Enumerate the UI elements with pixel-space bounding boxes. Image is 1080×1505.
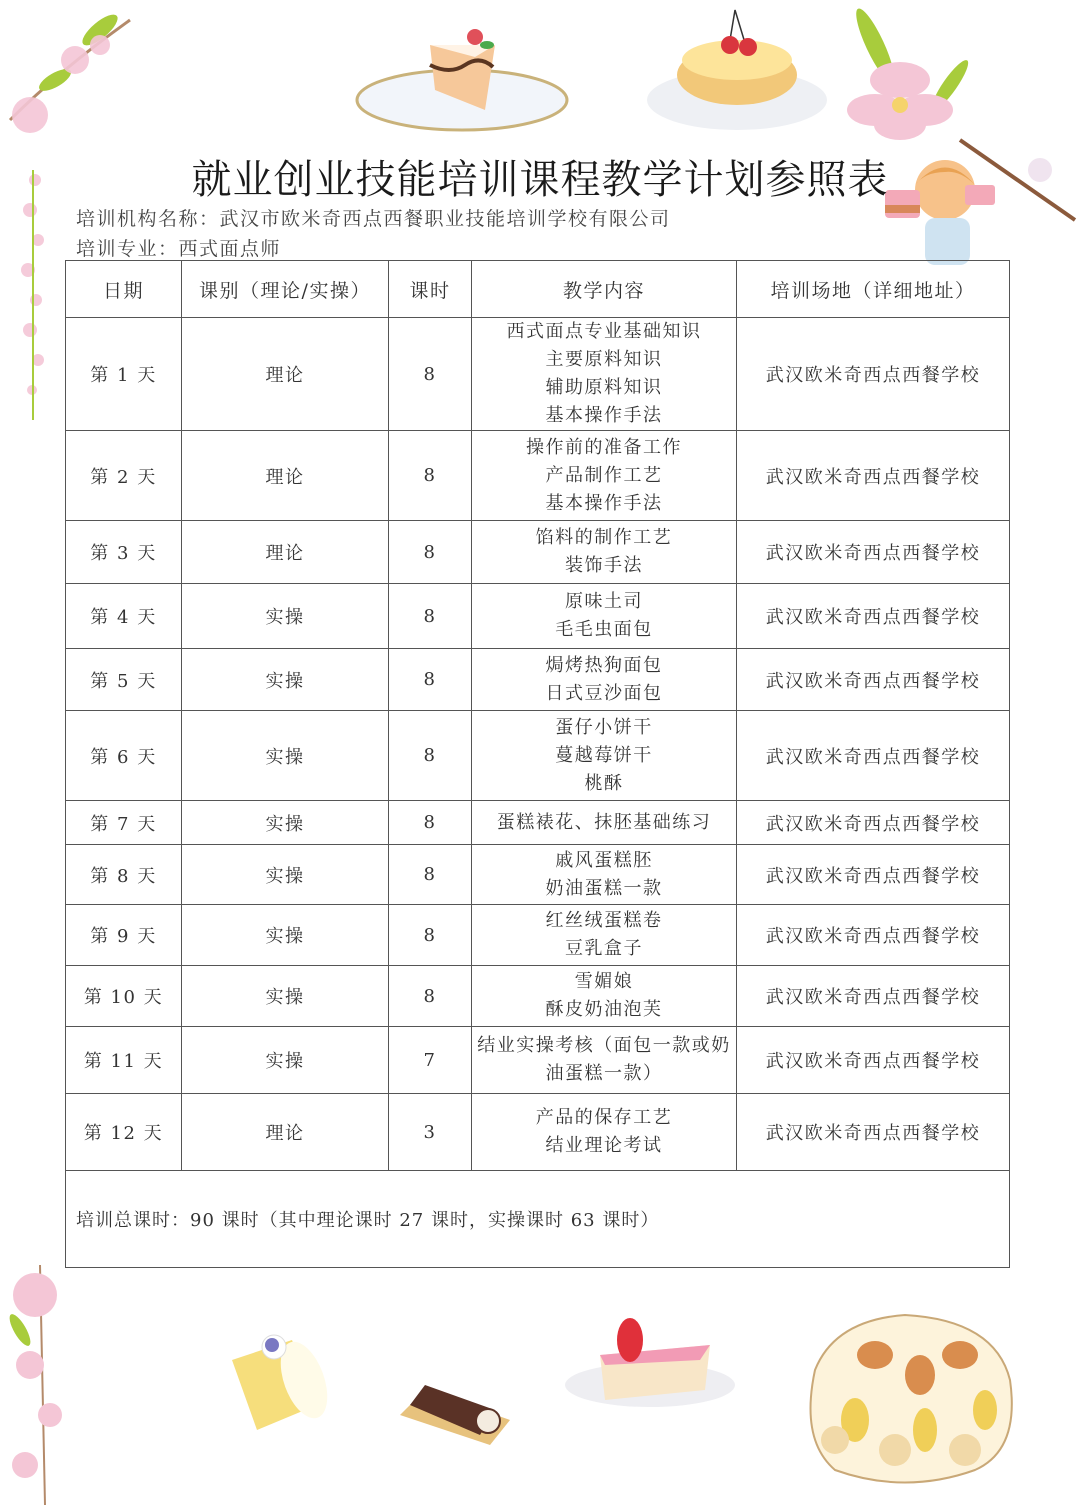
content-line: 蔓越莓饼干 bbox=[476, 742, 732, 770]
hours-cell: 8 bbox=[389, 905, 472, 966]
type-cell: 实操 bbox=[182, 905, 389, 966]
day-cell: 第 3 天 bbox=[66, 521, 182, 584]
major-name: 西式面点师 bbox=[179, 238, 282, 260]
content-line: 基本操作手法 bbox=[476, 402, 732, 430]
blossom-branch-bottom-left-icon bbox=[0, 1265, 90, 1505]
location-cell: 武汉欧米奇西点西餐学校 bbox=[737, 966, 1010, 1027]
content-line: 戚风蛋糕胚 bbox=[476, 847, 732, 875]
institution-line: 培训机构名称：武汉市欧米奇西点西餐职业技能培训学校有限公司 bbox=[76, 204, 671, 231]
content-cell: 蛋糕裱花、抹胚基础练习 bbox=[472, 801, 737, 845]
table-row: 第 5 天 实操 8 焗烤热狗面包 日式豆沙面包 武汉欧米奇西点西餐学校 bbox=[66, 649, 1010, 711]
content-line: 雪媚娘 bbox=[476, 968, 732, 996]
content-line: 红丝绒蛋糕卷 bbox=[476, 907, 732, 935]
location-cell: 武汉欧米奇西点西餐学校 bbox=[737, 1027, 1010, 1094]
major-line: 培训专业：西式面点师 bbox=[76, 234, 281, 261]
type-cell: 实操 bbox=[182, 711, 389, 801]
type-cell: 理论 bbox=[182, 521, 389, 584]
hours-cell: 8 bbox=[389, 318, 472, 431]
location-cell: 武汉欧米奇西点西餐学校 bbox=[737, 1094, 1010, 1171]
hours-cell: 8 bbox=[389, 431, 472, 521]
content-line: 蛋糕裱花、抹胚基础练习 bbox=[476, 809, 732, 837]
day-cell: 第 5 天 bbox=[66, 649, 182, 711]
major-label: 培训专业： bbox=[76, 238, 179, 260]
content-line: 西式面点专业基础知识 bbox=[476, 318, 732, 346]
type-cell: 实操 bbox=[182, 966, 389, 1027]
location-cell: 武汉欧米奇西点西餐学校 bbox=[737, 845, 1010, 905]
total-hours-cell: 培训总课时：90 课时（其中理论课时 27 课时，实操课时 63 课时） bbox=[66, 1171, 1010, 1268]
content-line: 辅助原料知识 bbox=[476, 374, 732, 402]
content-cell: 操作前的准备工作 产品制作工艺 基本操作手法 bbox=[472, 431, 737, 521]
content-cell: 产品的保存工艺 结业理论考试 bbox=[472, 1094, 737, 1171]
day-cell: 第 4 天 bbox=[66, 584, 182, 649]
hours-cell: 8 bbox=[389, 584, 472, 649]
content-line: 操作前的准备工作 bbox=[476, 434, 732, 462]
hours-cell: 8 bbox=[389, 711, 472, 801]
page-title: 就业创业技能培训课程教学计划参照表 bbox=[0, 148, 1080, 205]
type-cell: 实操 bbox=[182, 801, 389, 845]
content-cell: 红丝绒蛋糕卷 豆乳盒子 bbox=[472, 905, 737, 966]
hours-cell: 8 bbox=[389, 845, 472, 905]
location-cell: 武汉欧米奇西点西餐学校 bbox=[737, 801, 1010, 845]
day-cell: 第 1 天 bbox=[66, 318, 182, 431]
content-line: 结业实操考核（面包一款或奶 bbox=[476, 1032, 732, 1060]
location-cell: 武汉欧米奇西点西餐学校 bbox=[737, 521, 1010, 584]
location-cell: 武汉欧米奇西点西餐学校 bbox=[737, 711, 1010, 801]
day-cell: 第 7 天 bbox=[66, 801, 182, 845]
content-cell: 馅料的制作工艺 装饰手法 bbox=[472, 521, 737, 584]
type-cell: 实操 bbox=[182, 1027, 389, 1094]
hours-cell: 8 bbox=[389, 521, 472, 584]
location-cell: 武汉欧米奇西点西餐学校 bbox=[737, 431, 1010, 521]
hours-cell: 8 bbox=[389, 966, 472, 1027]
day-cell: 第 6 天 bbox=[66, 711, 182, 801]
content-line: 油蛋糕一款） bbox=[476, 1060, 732, 1088]
content-cell: 原味土司 毛毛虫面包 bbox=[472, 584, 737, 649]
institution-label: 培训机构名称： bbox=[76, 208, 220, 230]
content-line: 日式豆沙面包 bbox=[476, 680, 732, 708]
hours-cell: 8 bbox=[389, 801, 472, 845]
day-cell: 第 10 天 bbox=[66, 966, 182, 1027]
header-hours: 课时 bbox=[389, 261, 472, 318]
table-row: 第 4 天 实操 8 原味土司 毛毛虫面包 武汉欧米奇西点西餐学校 bbox=[66, 584, 1010, 649]
day-cell: 第 11 天 bbox=[66, 1027, 182, 1094]
header-content: 教学内容 bbox=[472, 261, 737, 318]
content-line: 酥皮奶油泡芙 bbox=[476, 996, 732, 1024]
content-cell: 焗烤热狗面包 日式豆沙面包 bbox=[472, 649, 737, 711]
type-cell: 实操 bbox=[182, 845, 389, 905]
content-line: 装饰手法 bbox=[476, 552, 732, 580]
day-cell: 第 8 天 bbox=[66, 845, 182, 905]
content-cell: 戚风蛋糕胚 奶油蛋糕一款 bbox=[472, 845, 737, 905]
total-row: 培训总课时：90 课时（其中理论课时 27 课时，实操课时 63 课时） bbox=[66, 1171, 1010, 1268]
table-row: 第 6 天 实操 8 蛋仔小饼干 蔓越莓饼干 桃酥 武汉欧米奇西点西餐学校 bbox=[66, 711, 1010, 801]
header-location: 培训场地（详细地址） bbox=[737, 261, 1010, 318]
table-header-row: 日期 课别（理论/实操） 课时 教学内容 培训场地（详细地址） bbox=[66, 261, 1010, 318]
content-line: 结业理论考试 bbox=[476, 1132, 732, 1160]
header-date: 日期 bbox=[66, 261, 182, 318]
content-line: 基本操作手法 bbox=[476, 490, 732, 518]
table-row: 第 3 天 理论 8 馅料的制作工艺 装饰手法 武汉欧米奇西点西餐学校 bbox=[66, 521, 1010, 584]
content-line: 奶油蛋糕一款 bbox=[476, 875, 732, 903]
content-line: 桃酥 bbox=[476, 770, 732, 798]
table-row: 第 8 天 实操 8 戚风蛋糕胚 奶油蛋糕一款 武汉欧米奇西点西餐学校 bbox=[66, 845, 1010, 905]
strawberry-cake-slice-icon bbox=[560, 1310, 740, 1410]
content-cell: 结业实操考核（面包一款或奶 油蛋糕一款） bbox=[472, 1027, 737, 1094]
content-line: 主要原料知识 bbox=[476, 346, 732, 374]
table-row: 第 2 天 理论 8 操作前的准备工作 产品制作工艺 基本操作手法 武汉欧米奇西… bbox=[66, 431, 1010, 521]
hours-cell: 7 bbox=[389, 1027, 472, 1094]
type-cell: 理论 bbox=[182, 1094, 389, 1171]
table-row: 第 12 天 理论 3 产品的保存工艺 结业理论考试 武汉欧米奇西点西餐学校 bbox=[66, 1094, 1010, 1171]
type-cell: 理论 bbox=[182, 318, 389, 431]
content-line: 豆乳盒子 bbox=[476, 935, 732, 963]
content-cell: 蛋仔小饼干 蔓越莓饼干 桃酥 bbox=[472, 711, 737, 801]
content-line: 产品制作工艺 bbox=[476, 462, 732, 490]
type-cell: 实操 bbox=[182, 584, 389, 649]
type-cell: 理论 bbox=[182, 431, 389, 521]
location-cell: 武汉欧米奇西点西餐学校 bbox=[737, 318, 1010, 431]
swiss-roll-icon bbox=[222, 1325, 332, 1435]
content-line: 馅料的制作工艺 bbox=[476, 524, 732, 552]
table-row: 第 10 天 实操 8 雪媚娘 酥皮奶油泡芙 武汉欧米奇西点西餐学校 bbox=[66, 966, 1010, 1027]
content-line: 毛毛虫面包 bbox=[476, 616, 732, 644]
content-line: 焗烤热狗面包 bbox=[476, 652, 732, 680]
teaching-plan-table: 日期 课别（理论/实操） 课时 教学内容 培训场地（详细地址） 第 1 天 理论… bbox=[65, 260, 1010, 1268]
content-line: 原味土司 bbox=[476, 588, 732, 616]
institution-name: 武汉市欧米奇西点西餐职业技能培训学校有限公司 bbox=[220, 208, 671, 230]
day-cell: 第 2 天 bbox=[66, 431, 182, 521]
content-cell: 雪媚娘 酥皮奶油泡芙 bbox=[472, 966, 737, 1027]
day-cell: 第 9 天 bbox=[66, 905, 182, 966]
hours-cell: 8 bbox=[389, 649, 472, 711]
table-row: 第 7 天 实操 8 蛋糕裱花、抹胚基础练习 武汉欧米奇西点西餐学校 bbox=[66, 801, 1010, 845]
hours-cell: 3 bbox=[389, 1094, 472, 1171]
table-row: 第 9 天 实操 8 红丝绒蛋糕卷 豆乳盒子 武汉欧米奇西点西餐学校 bbox=[66, 905, 1010, 966]
chocolate-roll-icon bbox=[395, 1375, 515, 1445]
table-row: 第 11 天 实操 7 结业实操考核（面包一款或奶 油蛋糕一款） 武汉欧米奇西点… bbox=[66, 1027, 1010, 1094]
cake-slice-on-plate-icon bbox=[355, 15, 570, 135]
cherry-pancake-icon bbox=[645, 5, 830, 135]
header-type: 课别（理论/实操） bbox=[182, 261, 389, 318]
location-cell: 武汉欧米奇西点西餐学校 bbox=[737, 649, 1010, 711]
day-cell: 第 12 天 bbox=[66, 1094, 182, 1171]
table-row: 第 1 天 理论 8 西式面点专业基础知识 主要原料知识 辅助原料知识 基本操作… bbox=[66, 318, 1010, 431]
fruit-pudding-icon bbox=[795, 1310, 1025, 1500]
content-cell: 西式面点专业基础知识 主要原料知识 辅助原料知识 基本操作手法 bbox=[472, 318, 737, 431]
content-line: 产品的保存工艺 bbox=[476, 1104, 732, 1132]
content-line: 蛋仔小饼干 bbox=[476, 714, 732, 742]
location-cell: 武汉欧米奇西点西餐学校 bbox=[737, 905, 1010, 966]
location-cell: 武汉欧米奇西点西餐学校 bbox=[737, 584, 1010, 649]
type-cell: 实操 bbox=[182, 649, 389, 711]
